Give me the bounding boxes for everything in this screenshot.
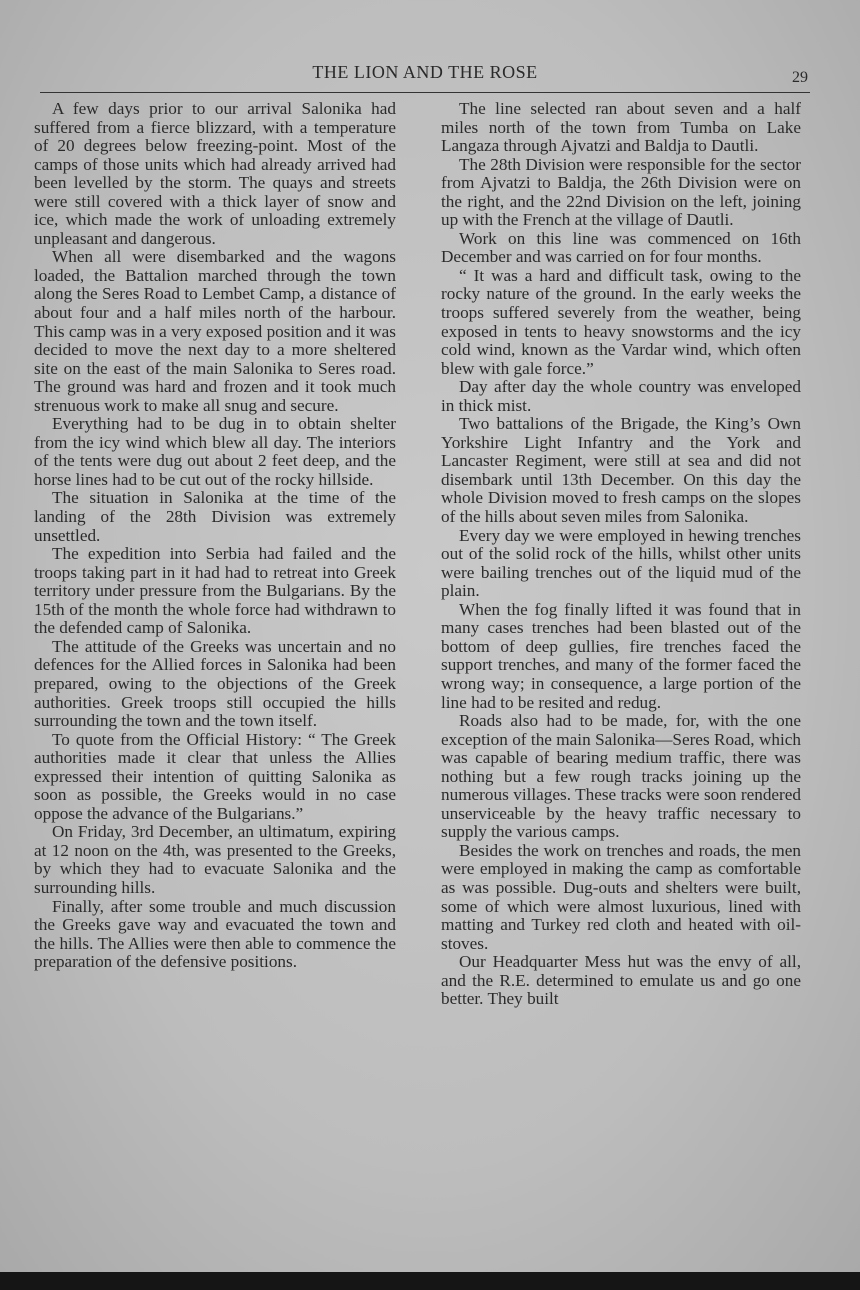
paragraph: Everything had to be dug in to obtain sh… (34, 415, 396, 489)
paragraph: Our Headquarter Mess hut was the envy of… (441, 953, 801, 1009)
paragraph: The expedition into Serbia had failed an… (34, 545, 396, 638)
paragraph: To quote from the Official History: “ Th… (34, 731, 396, 824)
paragraph: Two battalions of the Brigade, the King’… (441, 415, 801, 526)
paragraph: When the fog finally lifted it was found… (441, 601, 801, 712)
paragraph: The line selected ran about seven and a … (441, 100, 801, 156)
running-head: THE LION AND THE ROSE 29 (40, 60, 810, 93)
paragraph: “ It was a hard and difficult task, owin… (441, 267, 801, 378)
right-column: The line selected ran about seven and a … (441, 100, 801, 1009)
left-column: A few days prior to our arrival Salonika… (34, 100, 396, 972)
paragraph: When all were disembarked and the wagons… (34, 248, 396, 415)
page-number: 29 (792, 69, 808, 87)
running-title: THE LION AND THE ROSE (40, 62, 810, 83)
paragraph: Roads also had to be made, for, with the… (441, 712, 801, 842)
paragraph: On Friday, 3rd December, an ultimatum, e… (34, 823, 396, 897)
paragraph: The situation in Salonika at the time of… (34, 489, 396, 545)
paragraph: Day after day the whole country was enve… (441, 378, 801, 415)
book-page: THE LION AND THE ROSE 29 A few days prio… (0, 0, 860, 1272)
paragraph: Every day we were employed in hewing tre… (441, 527, 801, 601)
paragraph: The attitude of the Greeks was uncertain… (34, 638, 396, 731)
paragraph: A few days prior to our arrival Salonika… (34, 100, 396, 248)
scan-bottom-edge (0, 1272, 860, 1290)
paragraph: Besides the work on trenches and roads, … (441, 842, 801, 953)
paragraph: The 28th Division were responsible for t… (441, 156, 801, 230)
paragraph: Work on this line was commenced on 16th … (441, 230, 801, 267)
paragraph: Finally, after some trouble and much dis… (34, 898, 396, 972)
